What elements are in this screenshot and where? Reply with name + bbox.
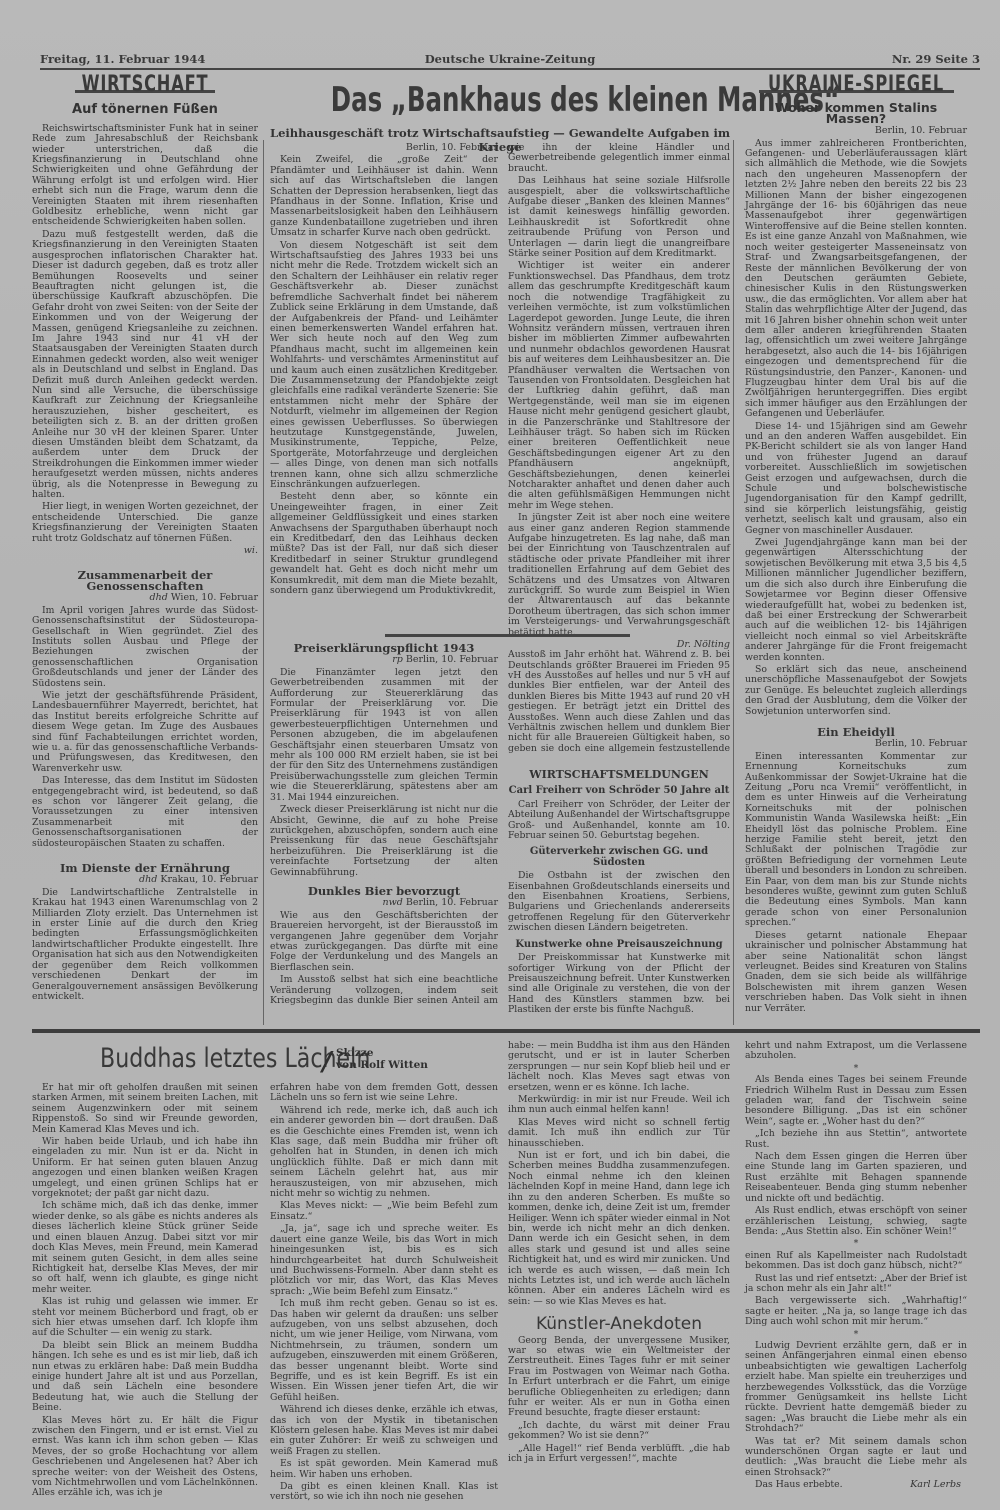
paragraph: Bach vergewisserte sich. „Wahrhaftig!“ s…: [745, 1296, 967, 1327]
paragraph: Ich schäme mich, daß ich das denke, imme…: [32, 1201, 258, 1295]
meldung-title: Güterverkehr zwischen GG. und Südosten: [508, 847, 730, 868]
preis-column: Preiserklärungspflicht 1943 rp Berlin, 1…: [270, 643, 498, 1008]
separator-asterisk: *: [745, 1330, 967, 1340]
paragraph: Zwei Jugendjahrgänge kann man bei der ge…: [745, 538, 967, 663]
meldung-text: Der Preiskommissar hat Kunstwerke mit so…: [508, 953, 730, 1015]
paragraph: Rust las und rief entsetzt: „Aber der Br…: [745, 1274, 967, 1295]
paragraph: Klas Meves hört zu. Er hält die Figur zw…: [32, 1416, 258, 1499]
masthead: Freitag, 11. Februar 1944 Deutsche Ukrai…: [40, 50, 980, 70]
paragraph: Kein Zweifel, die „große Zeit“ der Pfand…: [270, 155, 498, 238]
article-title-ernaehrung: Im Dienste der Ernährung: [32, 863, 258, 873]
author-signature: Karl Lerbs: [910, 1480, 961, 1490]
paragraph: Wir haben beide Urlaub, und ich habe ihn…: [32, 1137, 258, 1199]
paragraph: habe: — mein Buddha ist ihm aus den Händ…: [508, 1041, 730, 1093]
meldung-title: Kunstwerke ohne Preisauszeichnung: [508, 940, 730, 950]
feuilleton-byline: Skizze von Rolf Witten: [336, 1047, 428, 1071]
paragraph: Klas Meves wird nicht so schnell fertig …: [508, 1118, 730, 1149]
paragraph: Als Rust endlich, etwas erschöpft von se…: [745, 1206, 967, 1237]
article-title-stalins-massen: Woher kommen Stalins Massen?: [745, 103, 967, 124]
lead-column-2: wie ihn der kleine Händler und Gewerbetr…: [508, 143, 730, 651]
paragraph-continued: Im Ausstoß selbst hat sich eine beachtli…: [508, 650, 730, 754]
dateline: rp Berlin, 10. Februar: [270, 655, 498, 665]
bier-continued-and-meldungen: Im Ausstoß selbst hat sich eine beachtli…: [508, 650, 730, 1018]
separator-asterisk: *: [745, 1064, 967, 1074]
newspaper-page: Freitag, 11. Februar 1944 Deutsche Ukrai…: [0, 0, 1000, 1510]
paragraph: Es ist spät geworden. Mein Kamerad muß h…: [270, 1459, 498, 1480]
meldung-text: Die Ostbahn ist der zwischen den Eisenba…: [508, 871, 730, 933]
paragraph: Als Benda eines Tages bei seinem Freunde…: [745, 1075, 967, 1127]
dateline: nwd Berlin, 10. Februar: [270, 898, 498, 908]
anekdoten-column-2: kehrt und nahm Extrapost, um die Verlass…: [745, 1041, 967, 1491]
paragraph: Die Landwirtschaftliche Zentralstelle in…: [32, 888, 258, 1002]
paragraph: Georg Benda, der unvergessene Musiker, w…: [508, 1336, 730, 1419]
paragraph: Hier liegt, in wenigen Worten gezeichnet…: [32, 502, 258, 544]
paragraph: Was tat er? Mit seinem damals schon wund…: [745, 1437, 967, 1479]
lead-end-rule: [385, 634, 630, 637]
paragraph: Klas Meves nickt: — „Wie beim Befehl zum…: [270, 1201, 498, 1222]
paragraph: Das Interesse, das dem Institut im Südos…: [32, 776, 258, 849]
paragraph: Zweck dieser Preiserklärung ist nicht nu…: [270, 805, 498, 878]
issue-number: Nr. 29 Seite 3: [892, 52, 980, 66]
paragraph: Nun ist er fort, und ich bin dabei, die …: [508, 1151, 730, 1307]
lead-headline: Das „Bankhaus des kleinen Mannes“: [331, 80, 669, 120]
paragraph: Aus immer zahlreicheren Frontberichten, …: [745, 139, 967, 420]
dateline: Berlin, 10. Februar: [745, 739, 967, 749]
meldung-text: Carl Freiherr von Schröder, der Leiter d…: [508, 800, 730, 842]
dateline: Berlin, 10. Februar: [270, 143, 498, 153]
separator-asterisk: *: [745, 1239, 967, 1249]
paragraph: In jüngster Zeit ist aber noch eine weit…: [508, 513, 730, 638]
anekdoten-title: Künstler-Anekdoten: [508, 1319, 730, 1329]
section-title-ukraine-spiegel: UKRAINE-SPIEGEL: [765, 80, 947, 90]
feuilleton-column-2: erfahren habe von dem fremden Gott, dess…: [270, 1083, 498, 1505]
paragraph: Während ich dieses denke, erzähle ich et…: [270, 1405, 498, 1457]
article-title-eheidyll: Ein Eheidyll: [745, 727, 967, 737]
section-title-wirtschaft: WIRTSCHAFT: [52, 80, 237, 90]
paragraph: Da bleibt sein Blick an meinem Buddha hä…: [32, 1341, 258, 1414]
lead-column-1: Berlin, 10. Februar Kein Zweifel, die „g…: [270, 143, 498, 598]
newspaper-name: Deutsche Ukraine-Zeitung: [40, 52, 980, 66]
paragraph: Diese 14- und 15jährigen sind am Gewehr …: [745, 422, 967, 536]
dateline: Berlin, 10. Februar: [745, 126, 967, 136]
paragraph: Während ich rede, merke ich, daß auch ic…: [270, 1106, 498, 1200]
wirtschaft-column: WIRTSCHAFT Auf tönernen Füßen Reichswirt…: [32, 80, 258, 1004]
title-slash: /: [322, 1047, 332, 1077]
paragraph: „Alle Hagel!“ rief Benda verblüfft. „die…: [508, 1444, 730, 1465]
section-title-wirtschaftsmeldungen: WIRTSCHAFTSMELDUNGEN: [508, 770, 730, 780]
paragraph: Das Leihhaus hat seine soziale Hilfsroll…: [508, 176, 730, 259]
paragraph: Dieses getarnt nationale Ehepaar ukraini…: [745, 931, 967, 1014]
author-signature: wi.: [32, 546, 258, 556]
paragraph: kehrt und nahm Extrapost, um die Verlass…: [745, 1041, 967, 1062]
paragraph: Die Finanzämter legen jetzt den Gewerbet…: [270, 668, 498, 803]
paragraph: erfahren habe von dem fremden Gott, dess…: [270, 1083, 498, 1104]
paragraph: Wie jetzt der geschäftsführende Präsiden…: [32, 691, 258, 774]
column-divider: [733, 140, 734, 1025]
paragraph: Er hat mir oft geholfen draußen mit sein…: [32, 1083, 258, 1135]
paragraph: Im April vorigen Jahres wurde das Südost…: [32, 606, 258, 689]
paragraph: Ludwig Devrient erzählte gern, daß er in…: [745, 1341, 967, 1435]
dateline: dhd Wien, 10. Februar: [32, 593, 258, 603]
paragraph: Wie aus den Geschäftsberichten der Braue…: [270, 911, 498, 973]
paragraph: Von diesem Notgeschäft ist seit dem Wirt…: [270, 241, 498, 491]
paragraph: „Ich beziehe ihn aus Stettin“, antwortet…: [745, 1129, 967, 1150]
paragraph: Besteht denn aber, so könnte ein Uneinge…: [270, 492, 498, 596]
meldung-title: Carl Freiherr von Schröder 50 Jahre alt: [508, 786, 730, 796]
paragraph: Im Ausstoß selbst hat sich eine beachtli…: [270, 975, 498, 1006]
feuilleton-divider: [32, 1029, 980, 1033]
ukraine-column: UKRAINE-SPIEGEL Woher kommen Stalins Mas…: [745, 80, 967, 1016]
feuilleton-column-3: habe: — mein Buddha ist ihm aus den Händ…: [508, 1041, 730, 1466]
paragraph: Ich muß ihm recht geben. Genau so ist es…: [270, 1299, 498, 1403]
paragraph: Einen interessanten Kommentar zur Ernenn…: [745, 752, 967, 929]
paragraph: Dazu muß festgestellt werden, daß die Kr…: [32, 230, 258, 501]
paragraph: Wichtiger ist weiter ein anderer Funktio…: [508, 261, 730, 511]
paragraph: einen Ruf als Kapellmeister nach Rudolst…: [745, 1251, 967, 1272]
article-title-toenern: Auf tönernen Füßen: [32, 105, 258, 115]
paragraph: Klas ist ruhig und gelassen wie immer. E…: [32, 1297, 258, 1339]
paragraph: So erklärt sich das neue, anscheinend un…: [745, 665, 967, 717]
paragraph: Da gibt es einen kleinen Knall. Klas ist…: [270, 1482, 498, 1503]
dateline: dhd Krakau, 10. Februar: [32, 875, 258, 885]
closing-line: Das Haus erbebte. Karl Lerbs: [745, 1480, 967, 1490]
paragraph: wie ihn der kleine Händler und Gewerbetr…: [508, 143, 730, 174]
article-title-preiserklaerung: Preiserklärungspflicht 1943: [270, 643, 498, 653]
paragraph: Merkwürdig: in mir ist nur Freude. Weil …: [508, 1095, 730, 1116]
column-divider: [263, 140, 264, 1025]
paragraph: Nach dem Essen gingen die Herren über ei…: [745, 1152, 967, 1204]
feuilleton-column-1: Er hat mir oft geholfen draußen mit sein…: [32, 1083, 258, 1501]
masthead-rule: [40, 68, 980, 70]
paragraph: „Ja, ja“, sage ich und spreche weiter. E…: [270, 1224, 498, 1297]
article-title-genossenschaften: Zusammenarbeit der Genossenschaften: [32, 570, 258, 591]
author-signature: Dr. Nölting: [508, 640, 730, 650]
paragraph: Reichswirtschaftsminister Funk hat in se…: [32, 124, 258, 228]
article-title-dunkles-bier: Dunkles Bier bevorzugt: [270, 886, 498, 896]
paragraph: „Ich dachte, du wärst mit deiner Frau ge…: [508, 1421, 730, 1442]
feuilleton-heading: Buddhas letztes Lächeln / Skizze von Rol…: [100, 1043, 500, 1083]
